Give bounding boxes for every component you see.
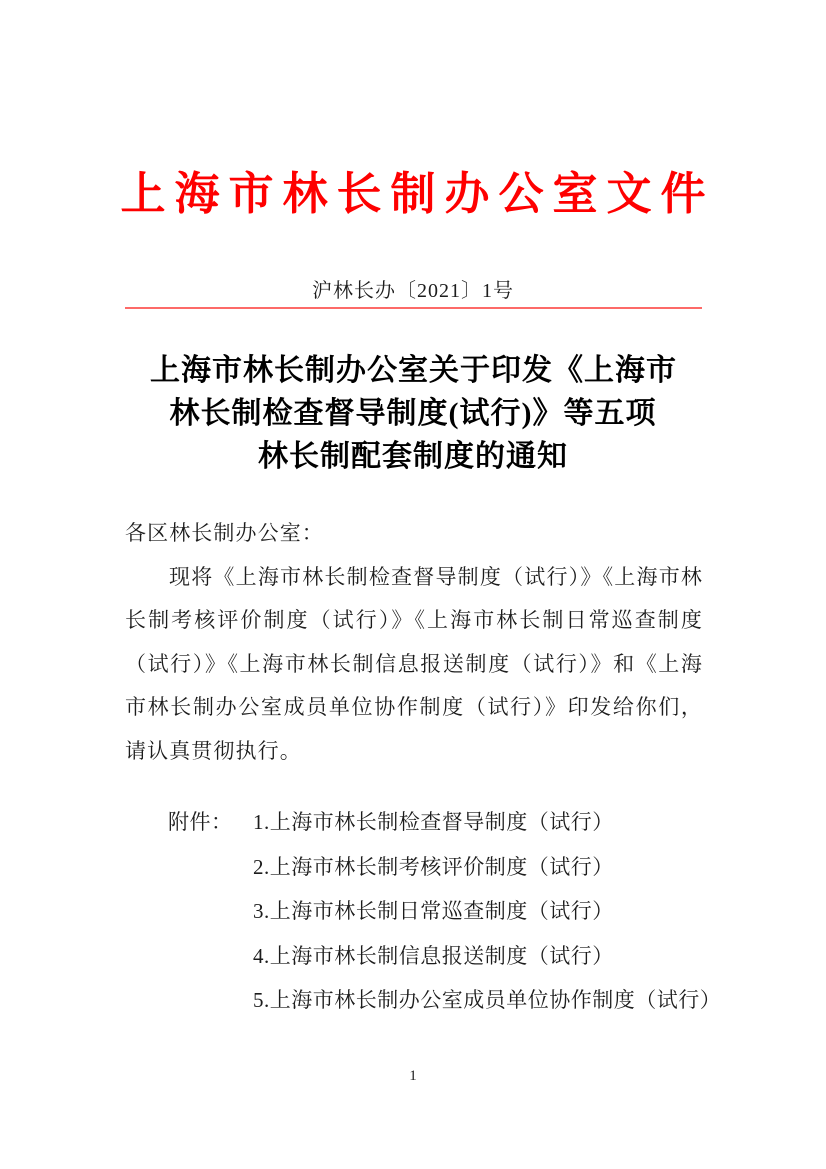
- red-divider-line: [125, 307, 702, 309]
- page-number: 1: [0, 1066, 826, 1086]
- attachments-list: 附件： 1.上海市林长制检查督导制度（试行） 2.上海市林长制考核评价制度（试行…: [168, 800, 728, 1023]
- attachments-label: 附件：: [168, 800, 253, 845]
- attachment-row: 4.上海市林长制信息报送制度（试行）: [168, 934, 728, 979]
- attachment-row: 5.上海市林长制办公室成员单位协作制度（试行）: [168, 978, 728, 1023]
- attachment-item: 1.上海市林长制检查督导制度（试行）: [253, 800, 614, 845]
- notice-body: 各区林长制办公室： 现将《上海市林长制检查督导制度（试行）》《上海市林长制考核评…: [125, 512, 703, 773]
- attachment-row: 2.上海市林长制考核评价制度（试行）: [168, 845, 728, 890]
- notice-title: 上海市林长制办公室关于印发《上海市 林长制检查督导制度(试行)》等五项 林长制配…: [63, 349, 763, 478]
- attachment-item: 3.上海市林长制日常巡查制度（试行）: [253, 889, 614, 934]
- attachment-item: 4.上海市林长制信息报送制度（试行）: [253, 934, 614, 979]
- attachment-item: 5.上海市林长制办公室成员单位协作制度（试行）: [253, 978, 721, 1023]
- notice-title-line-3: 林长制配套制度的通知: [258, 440, 568, 473]
- attachment-row: 3.上海市林长制日常巡查制度（试行）: [168, 889, 728, 934]
- body-paragraph: 现将《上海市林长制检查督导制度（试行）》《上海市林长制考核评价制度（试行）》《上…: [125, 556, 703, 774]
- notice-title-line-1: 上海市林长制办公室关于印发《上海市: [150, 354, 677, 387]
- document-header-title: 上海市林长制办公室文件: [0, 166, 826, 222]
- notice-title-line-2: 林长制检查督导制度(试行)》等五项: [170, 397, 657, 430]
- salutation: 各区林长制办公室：: [125, 512, 703, 556]
- attachment-item: 2.上海市林长制考核评价制度（试行）: [253, 845, 614, 890]
- attachment-row: 附件： 1.上海市林长制检查督导制度（试行）: [168, 800, 728, 845]
- document-number: 沪林长办〔2021〕1号: [0, 278, 826, 304]
- document-page: 上海市林长制办公室文件 沪林长办〔2021〕1号 上海市林长制办公室关于印发《上…: [0, 0, 826, 1169]
